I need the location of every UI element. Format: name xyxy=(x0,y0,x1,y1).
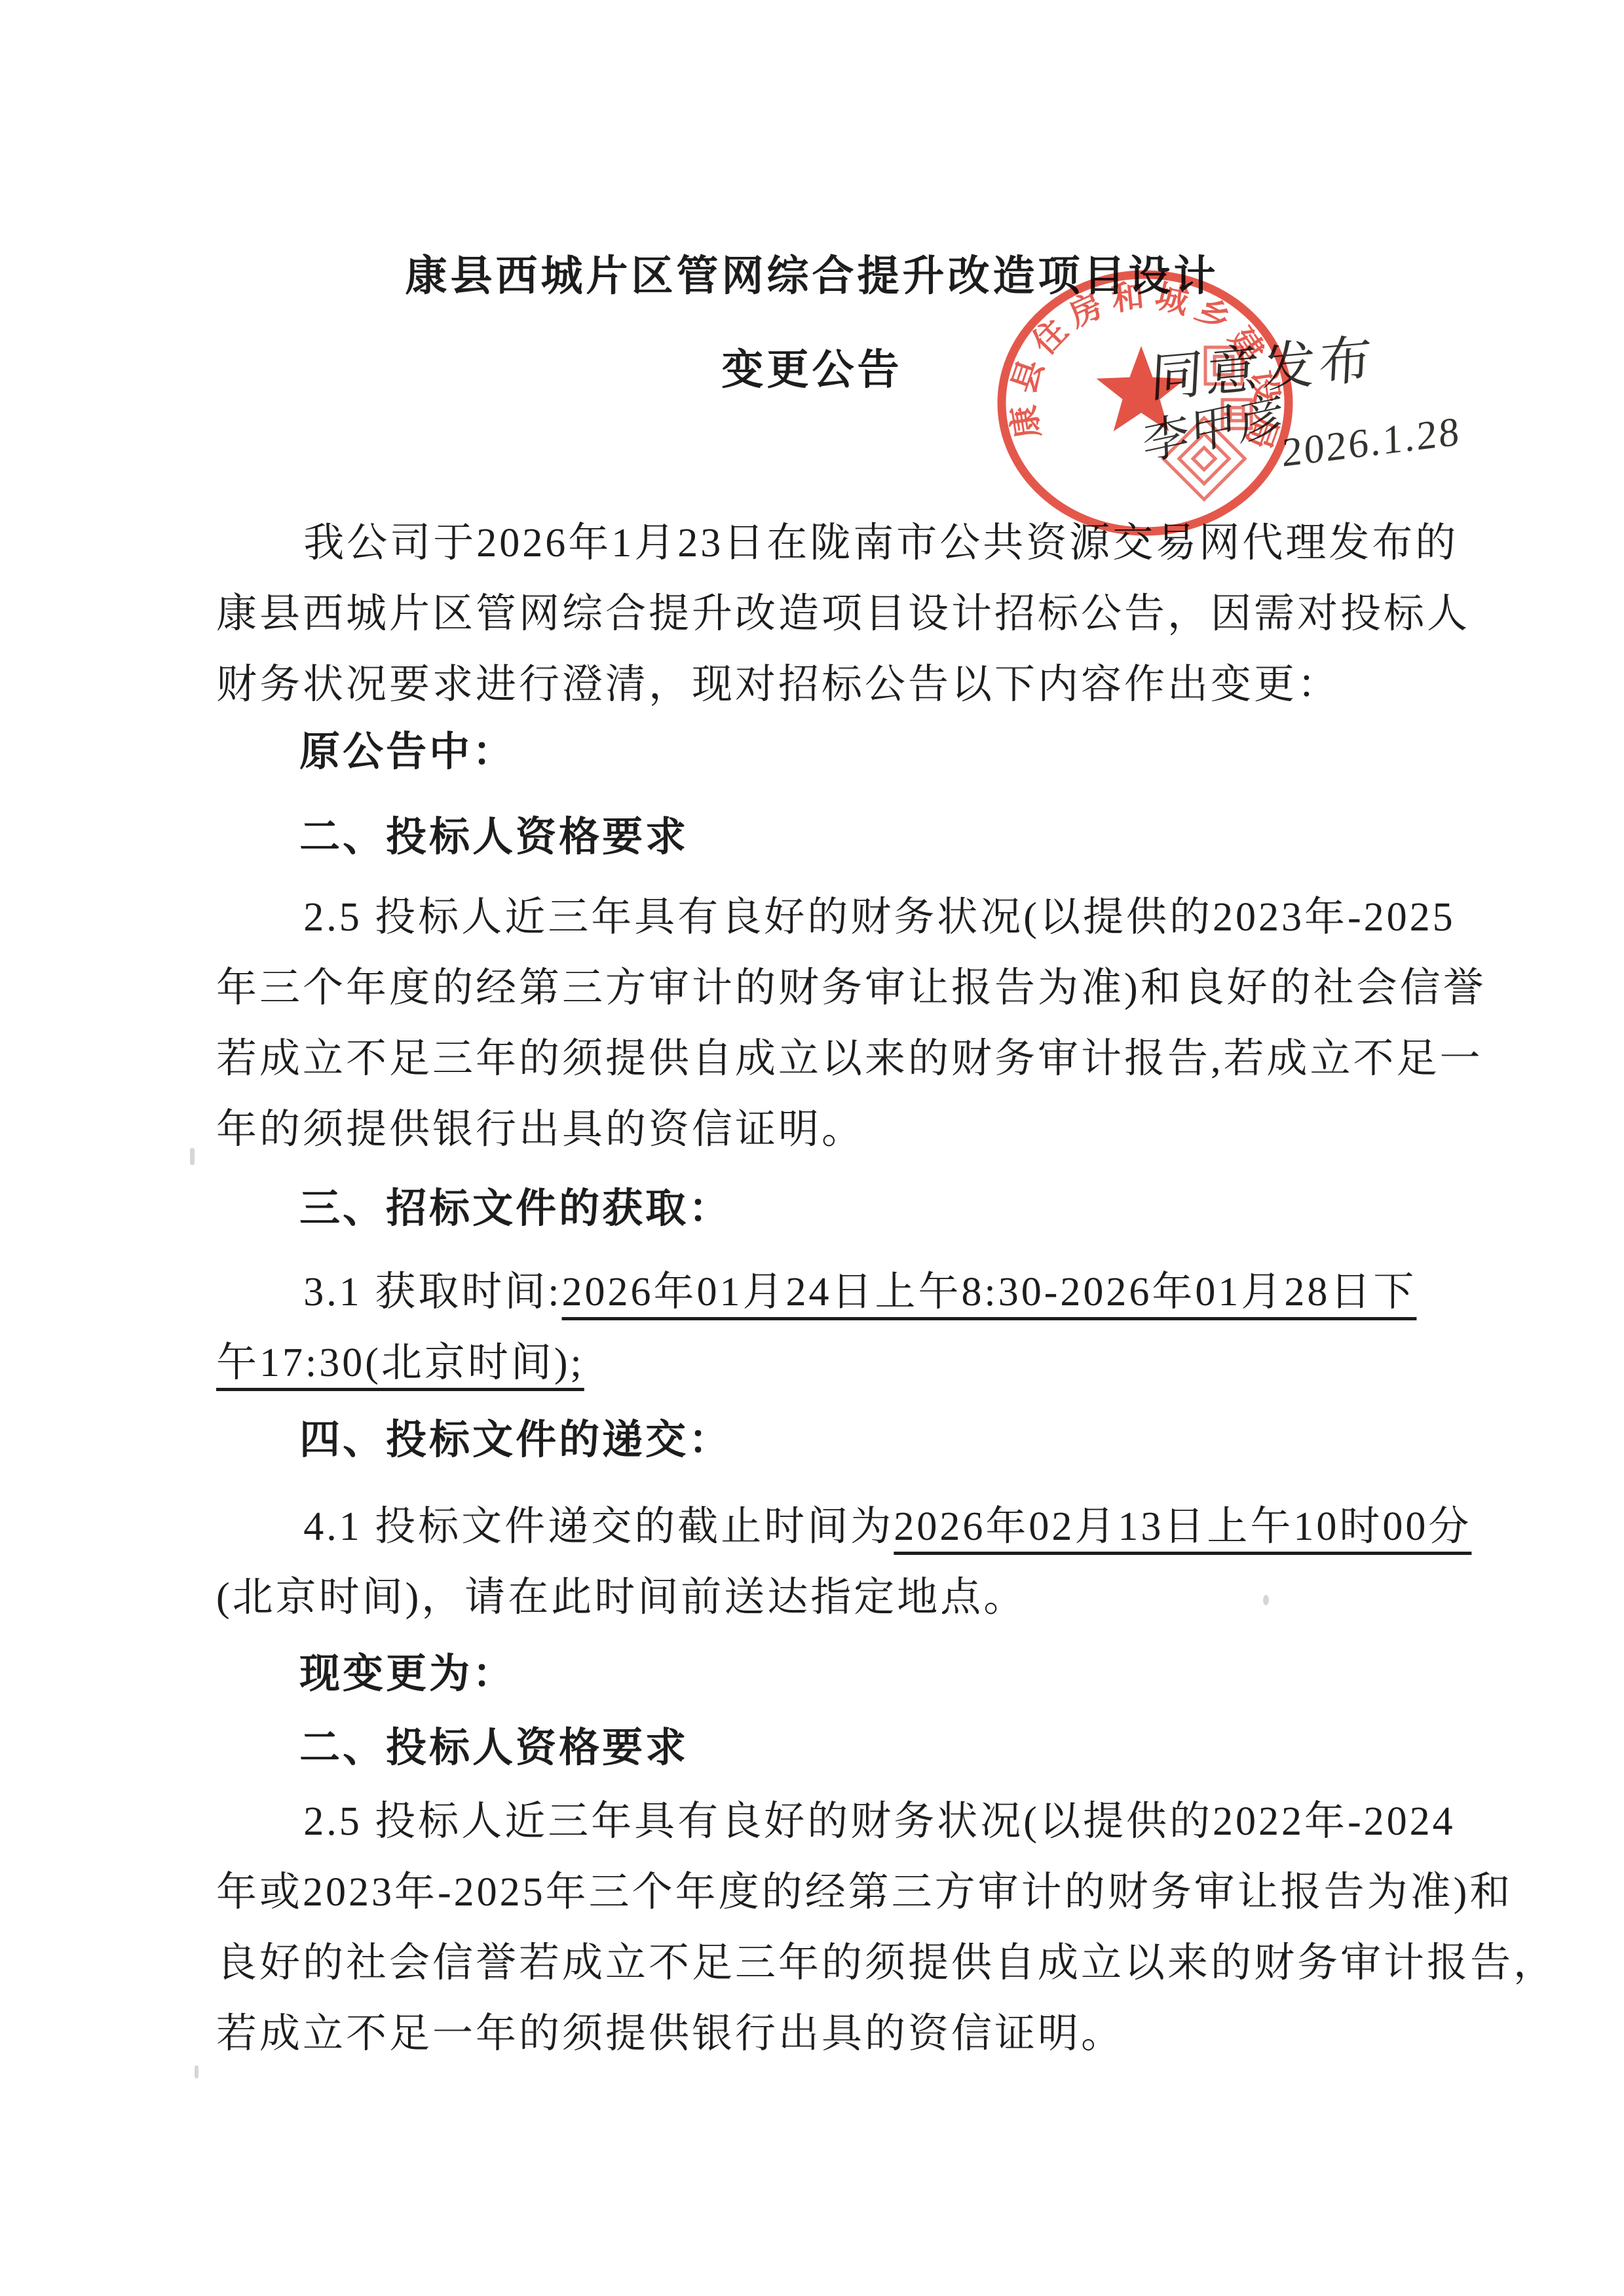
intro-paragraph: 我公司于2026年1月23日在陇南市公共资源交易网代理发布的康县西城片区管网综合… xyxy=(216,508,1448,720)
text-line: 3.1 获取时间:2026年01月24日上午8:30-2026年01月28日下 xyxy=(216,1257,1448,1328)
scan-artifact xyxy=(195,2065,198,2078)
text-line: 4.1 投标文件递交的截止时间为2026年02月13日上午10时00分 xyxy=(216,1491,1448,1562)
text-line: 年三个年度的经第三方审计的财务审让报告为准)和良好的社会信誉 xyxy=(216,953,1448,1024)
text-line: 良好的社会信誉若成立不足三年的须提供自成立以来的财务审计报告， xyxy=(216,1928,1448,1999)
text-line: 若成立不足三年的须提供自成立以来的财务审计报告,若成立不足一 xyxy=(216,1024,1448,1094)
text-line: 若成立不足一年的须提供银行出具的资信证明。 xyxy=(216,1999,1448,2069)
page-title-line1: 康县西城片区管网综合提升改造项目设计 xyxy=(0,250,1624,303)
clause-3-1-obtain-time: 3.1 获取时间:2026年01月24日上午8:30-2026年01月28日下午… xyxy=(216,1257,1448,1398)
scanned-announcement-page: 康县西城片区管网综合提升改造项目设计 变更公告 我公司于2026年1月23日在陇… xyxy=(0,0,1624,2296)
scan-artifact xyxy=(1263,1595,1269,1605)
heading-now-changed: 现变更为： xyxy=(216,1639,1531,1710)
clause-2-5-original: 2.5 投标人近三年具有良好的财务状况(以提供的2023年-2025年三个年度的… xyxy=(216,882,1448,1165)
heading-bidder-requirements-1: 二、投标人资格要求 xyxy=(216,802,1531,873)
text-line: 年或2023年-2025年三个年度的经第三方审计的财务审让报告为准)和 xyxy=(216,1857,1448,1928)
heading-document-obtain: 三、招标文件的获取： xyxy=(216,1174,1531,1244)
text-line: 2.5 投标人近三年具有良好的财务状况(以提供的2022年-2024 xyxy=(216,1786,1448,1857)
page-title-line2: 变更公告 xyxy=(0,344,1624,396)
heading-original-notice: 原公告中： xyxy=(216,717,1531,788)
clause-2-5-changed: 2.5 投标人近三年具有良好的财务状况(以提供的2022年-2024年或2023… xyxy=(216,1786,1448,2069)
clause-4-1-deadline: 4.1 投标文件递交的截止时间为2026年02月13日上午10时00分(北京时间… xyxy=(216,1491,1448,1633)
heading-document-submit: 四、投标文件的递交： xyxy=(216,1405,1531,1476)
scan-artifact xyxy=(190,1148,195,1165)
text-line: 年的须提供银行出具的资信证明。 xyxy=(216,1094,1448,1165)
text-line: 我公司于2026年1月23日在陇南市公共资源交易网代理发布的 xyxy=(216,508,1448,579)
text-line: 康县西城片区管网综合提升改造项目设计招标公告，因需对投标人 xyxy=(216,579,1448,649)
heading-bidder-requirements-2: 二、投标人资格要求 xyxy=(216,1713,1531,1784)
text-line: 财务状况要求进行澄清，现对招标公告以下内容作出变更： xyxy=(216,649,1448,720)
text-line: 午17:30(北京时间); xyxy=(216,1328,1448,1398)
handwritten-date: 2026.1.28 xyxy=(1281,408,1461,477)
text-line: 2.5 投标人近三年具有良好的财务状况(以提供的2023年-2025 xyxy=(216,882,1448,953)
